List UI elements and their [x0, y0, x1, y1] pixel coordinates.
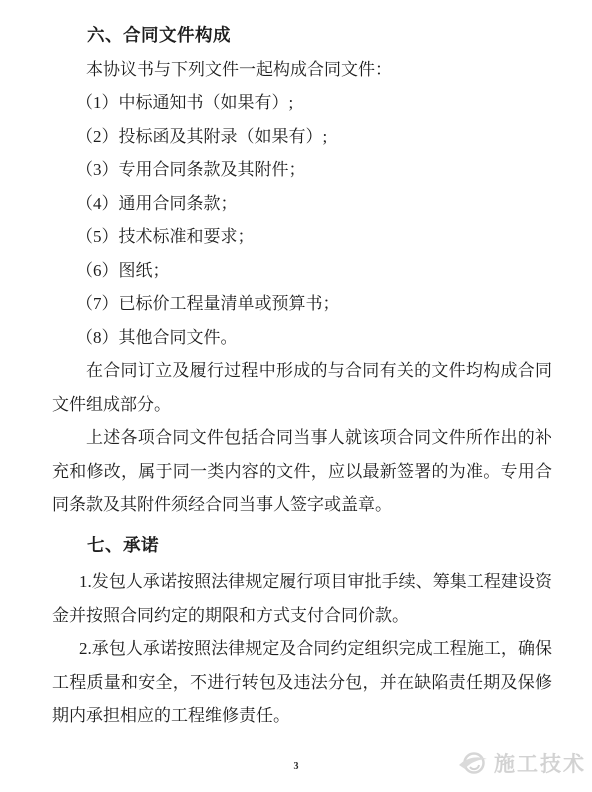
document-page: 六、合同文件构成 本协议书与下列文件一起构成合同文件： （1）中标通知书（如果有…	[0, 0, 592, 792]
watermark: 施工技术	[457, 747, 586, 779]
paragraph-contractor-commitment: 2.承包人承诺按照法律规定及合同约定组织完成工程施工，确保工程质量和安全，不进行…	[52, 632, 552, 733]
list-item-8: （8）其他合同文件。	[52, 321, 552, 355]
paragraph-document-priority: 上述各项合同文件包括合同当事人就该项合同文件所作出的补充和修改，属于同一类内容的…	[52, 421, 552, 522]
list-item-6: （6）图纸；	[52, 254, 552, 288]
watermark-text: 施工技术	[494, 748, 586, 778]
list-item-1: （1）中标通知书（如果有）;	[52, 86, 552, 120]
section-six-heading: 六、合同文件构成	[52, 19, 552, 53]
list-item-2: （2）投标函及其附录（如果有）;	[52, 120, 552, 154]
watermark-logo-icon	[457, 747, 489, 779]
section-six-intro: 本协议书与下列文件一起构成合同文件：	[52, 53, 552, 87]
section-seven-heading: 七、承诺	[52, 529, 552, 563]
paragraph-contract-formation: 在合同订立及履行过程中形成的与合同有关的文件均构成合同文件组成部分。	[52, 354, 552, 421]
document-body: 六、合同文件构成 本协议书与下列文件一起构成合同文件： （1）中标通知书（如果有…	[52, 19, 552, 733]
list-item-5: （5）技术标准和要求；	[52, 220, 552, 254]
paragraph-employer-commitment: 1.发包人承诺按照法律规定履行项目审批手续、筹集工程建设资金并按照合同约定的期限…	[52, 565, 552, 632]
list-item-7: （7）已标价工程量清单或预算书；	[52, 287, 552, 321]
list-item-4: （4）通用合同条款；	[52, 187, 552, 221]
list-item-3: （3）专用合同条款及其附件；	[52, 153, 552, 187]
